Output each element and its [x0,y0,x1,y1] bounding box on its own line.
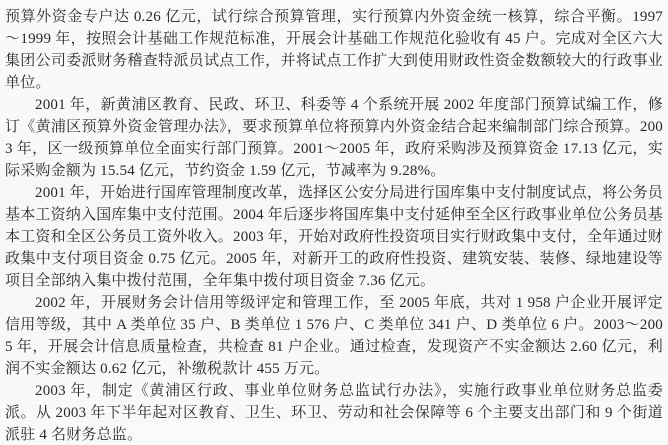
paragraph-2001-treasury-reform: 2001 年，开始进行国库管理制度改革，选择区公安分局进行国库集中支付制度试点，… [5,182,663,292]
paragraph-2003-cfo-system: 2003 年，制定《黄浦区行政、事业单位财务总监试行办法》，实施行政事业单位财务… [5,380,663,445]
document-page: 预算外资金专户达 0.26 亿元，试行综合预算管理，实行预算内外资金统一核算，综… [0,0,668,445]
paragraph-budget-extra-funds: 预算外资金专户达 0.26 亿元，试行综合预算管理，实行预算内外资金统一核算，综… [5,6,663,94]
paragraph-2002-credit-rating: 2002 年，开展财务会计信用等级评定和管理工作，至 2005 年底，共对 1 … [5,292,663,380]
paragraph-2001-department-budget: 2001 年，新黄浦区教育、民政、环卫、科委等 4 个系统开展 2002 年度部… [5,94,663,182]
